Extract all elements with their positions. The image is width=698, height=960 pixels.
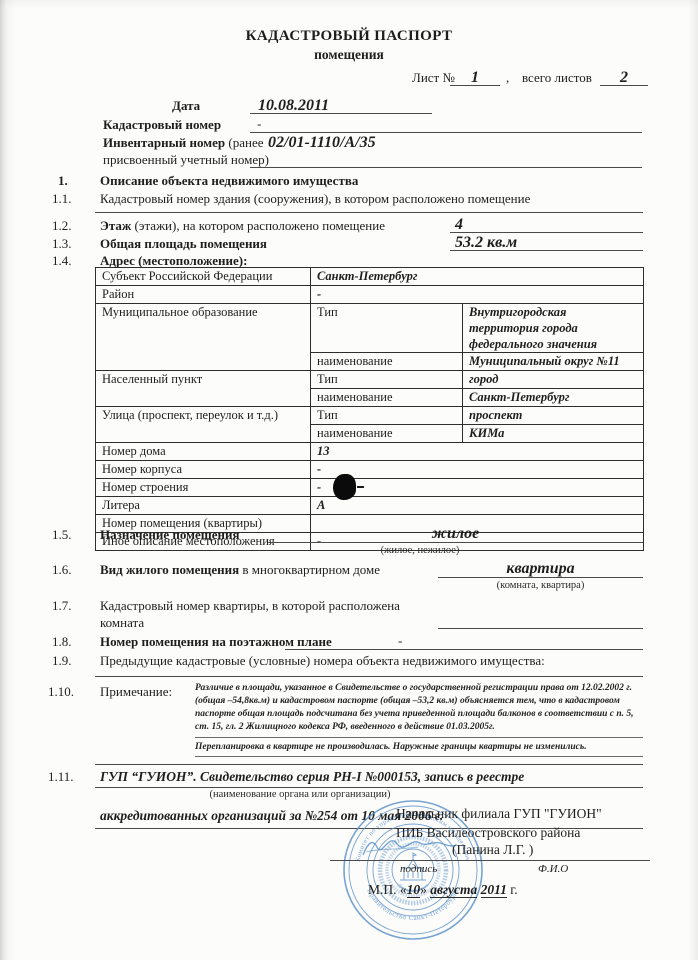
row-value: Санкт-Петербург — [311, 268, 644, 286]
row-value: - — [311, 286, 644, 304]
inventory-number-label: Инвентарный номер (ранее — [103, 135, 264, 151]
row-value: Внутригородская территория города федера… — [463, 304, 644, 353]
seal-date-prefix: М.П. « — [368, 882, 407, 897]
sheet-number-label: Лист № — [412, 70, 455, 86]
seal-date-mid1: » — [420, 882, 430, 897]
item-1-11-line1: ГУП “ГУИОН”. Свидетельство серия РН-I №0… — [100, 769, 524, 785]
item-1-2-label-bold: Этаж — [100, 218, 131, 233]
address-table: Субъект Российской ФедерацииСанкт-Петерб… — [95, 267, 644, 551]
seal-date-suffix: г. — [507, 882, 518, 897]
signatory-title-line2: ПИБ Василеостровского района — [396, 825, 580, 841]
row-value: город — [463, 371, 644, 389]
item-1-1-label: Кадастровый номер здания (сооружения), в… — [100, 191, 530, 207]
item-1-8-value: - — [398, 633, 402, 649]
item-1-4-number: 1.4. — [52, 253, 72, 269]
item-1-7-label-line2: комната — [100, 615, 144, 631]
cadastral-number-label: Кадастровый номер — [103, 117, 221, 133]
row-sublabel: Тип — [311, 304, 463, 353]
item-1-10-number: 1.10. — [48, 684, 74, 700]
seal-date-year: 2011 — [481, 882, 507, 898]
seal-date-line: М.П. «10» августа 2011 г. — [368, 882, 518, 898]
note-text-1: Различие в площади, указанное в Свидетел… — [195, 682, 643, 734]
redaction-blob — [333, 474, 356, 500]
table-row: Номер строения- — [96, 479, 644, 497]
seal-date-month: августа — [430, 882, 477, 898]
item-1-11-underline1 — [95, 787, 643, 788]
row-label: Район — [96, 286, 311, 304]
item-1-3-number: 1.3. — [52, 236, 72, 252]
item-1-1-number: 1.1. — [52, 191, 72, 207]
item-1-8-underline — [285, 649, 643, 650]
table-row: Улица (проспект, переулок и т.д.)Типпрос… — [96, 407, 644, 425]
item-1-9-number: 1.9. — [52, 653, 72, 669]
item-1-9-answer-line — [95, 676, 643, 677]
item-1-8-label: Номер помещения на поэтажном плане — [100, 634, 332, 650]
table-row: Район- — [96, 286, 644, 304]
document-subtitle: помещения — [0, 47, 698, 63]
row-sublabel: наименование — [311, 353, 463, 371]
signatory-name: (Панина Л.Г. ) — [452, 842, 533, 858]
row-value: Муниципальный округ №11 — [463, 353, 644, 371]
table-row: Номер дома13 — [96, 443, 644, 461]
item-1-6-number: 1.6. — [52, 562, 72, 578]
total-sheets-label: всего листов — [522, 70, 592, 86]
item-1-6-label-bold: Вид жилого помещения — [100, 562, 239, 577]
inventory-number-value: 02/01-1110/А/35 — [268, 134, 376, 152]
row-sublabel: наименование — [311, 425, 463, 443]
table-row: Населенный пунктТипгород — [96, 371, 644, 389]
item-1-7-number: 1.7. — [52, 598, 72, 614]
row-label: Субъект Российской Федерации — [96, 268, 311, 286]
seal-date-day: 10 — [407, 882, 421, 898]
row-label: Номер строения — [96, 479, 311, 497]
note-text-2: Перепланировка в квартире не производила… — [195, 741, 643, 754]
row-label: Литера — [96, 497, 311, 515]
total-sheets-underline — [600, 85, 648, 86]
item-1-3-label: Общая площадь помещения — [100, 236, 267, 252]
inventory-number-label-line2: присвоенный учетный номер) — [103, 152, 269, 168]
item-1-9-label: Предыдущие кадастровые (условные) номера… — [100, 653, 545, 669]
item-1-5-label: Назначение помещения — [100, 527, 240, 543]
item-1-6-label: Вид жилого помещения в многоквартирном д… — [100, 562, 380, 578]
document-title: КАДАСТРОВЫЙ ПАСПОРТ — [0, 28, 698, 45]
signature-underline — [330, 860, 650, 861]
item-1-5-caption: (жилое, нежилое) — [250, 545, 590, 556]
item-1-2-underline — [450, 232, 643, 233]
item-1-11-number: 1.11. — [48, 769, 74, 785]
row-label: Номер дома — [96, 443, 311, 461]
item-1-7-label-line1: Кадастровый номер квартиры, в которой ра… — [100, 598, 400, 614]
note-divider-2 — [195, 756, 643, 757]
section1-number: 1. — [58, 173, 68, 189]
sheet-number-underline — [450, 85, 500, 86]
row-value: - — [311, 461, 644, 479]
inventory-number-label-bold: Инвентарный номер — [103, 135, 225, 150]
row-value: проспект — [463, 407, 644, 425]
row-sublabel: наименование — [311, 389, 463, 407]
item-1-5-number: 1.5. — [52, 527, 72, 543]
row-value: КИМа — [463, 425, 644, 443]
note-divider-1 — [195, 737, 643, 738]
item-1-6-value: квартира — [438, 560, 643, 578]
row-label: Населенный пункт — [96, 371, 311, 407]
item-1-7-underline — [438, 628, 643, 629]
item-1-6-underline — [438, 577, 643, 578]
table-row: Номер корпуса- — [96, 461, 644, 479]
item-1-11-top-line — [95, 764, 643, 765]
item-1-5-value: жилое — [268, 525, 643, 543]
cadastral-passport-scan: КАДАСТРОВЫЙ ПАСПОРТ помещения Лист № 1 ,… — [0, 0, 698, 960]
table-row: Субъект Российской ФедерацииСанкт-Петерб… — [96, 268, 644, 286]
row-label: Муниципальное образование — [96, 304, 311, 371]
date-underline — [250, 113, 432, 114]
item-1-6-label-rest: в многоквартирном доме — [239, 562, 380, 577]
item-1-2-label: Этаж (этажи), на котором расположено пом… — [100, 218, 385, 234]
item-1-2-label-rest: (этажи), на котором расположено помещени… — [131, 218, 385, 233]
inventory-number-underline — [250, 167, 642, 168]
redaction-dash — [357, 486, 364, 488]
row-sublabel: Тип — [311, 371, 463, 389]
row-value: Санкт-Петербург — [463, 389, 644, 407]
sheet-comma: , — [506, 70, 509, 86]
item-1-10-label: Примечание: — [100, 684, 172, 700]
item-1-1-answer-line — [95, 212, 643, 213]
item-1-8-number: 1.8. — [52, 634, 72, 650]
row-value: 13 — [311, 443, 644, 461]
date-label: Дата — [172, 98, 200, 114]
name-caption: Ф.И.О — [538, 863, 568, 875]
item-1-3-underline — [450, 250, 643, 251]
item-1-5-underline — [268, 542, 643, 543]
signatory-title-line1: Начальник филиала ГУП "ГУИОН" — [396, 806, 602, 822]
item-1-2-number: 1.2. — [52, 218, 72, 234]
inventory-number-label-rest: (ранее — [225, 135, 263, 150]
row-label: Номер корпуса — [96, 461, 311, 479]
table-row: ЛитераА — [96, 497, 644, 515]
row-sublabel: Тип — [311, 407, 463, 425]
cadastral-number-underline — [250, 132, 642, 133]
item-1-6-caption: (комната, квартира) — [438, 580, 643, 591]
row-label: Улица (проспект, переулок и т.д.) — [96, 407, 311, 443]
table-row: Муниципальное образованиеТипВнутригородс… — [96, 304, 644, 353]
signature-caption: подпись — [400, 863, 437, 875]
section1-title: Описание объекта недвижимого имущества — [100, 173, 358, 189]
cadastral-number-value: - — [257, 116, 261, 132]
row-value: А — [311, 497, 644, 515]
